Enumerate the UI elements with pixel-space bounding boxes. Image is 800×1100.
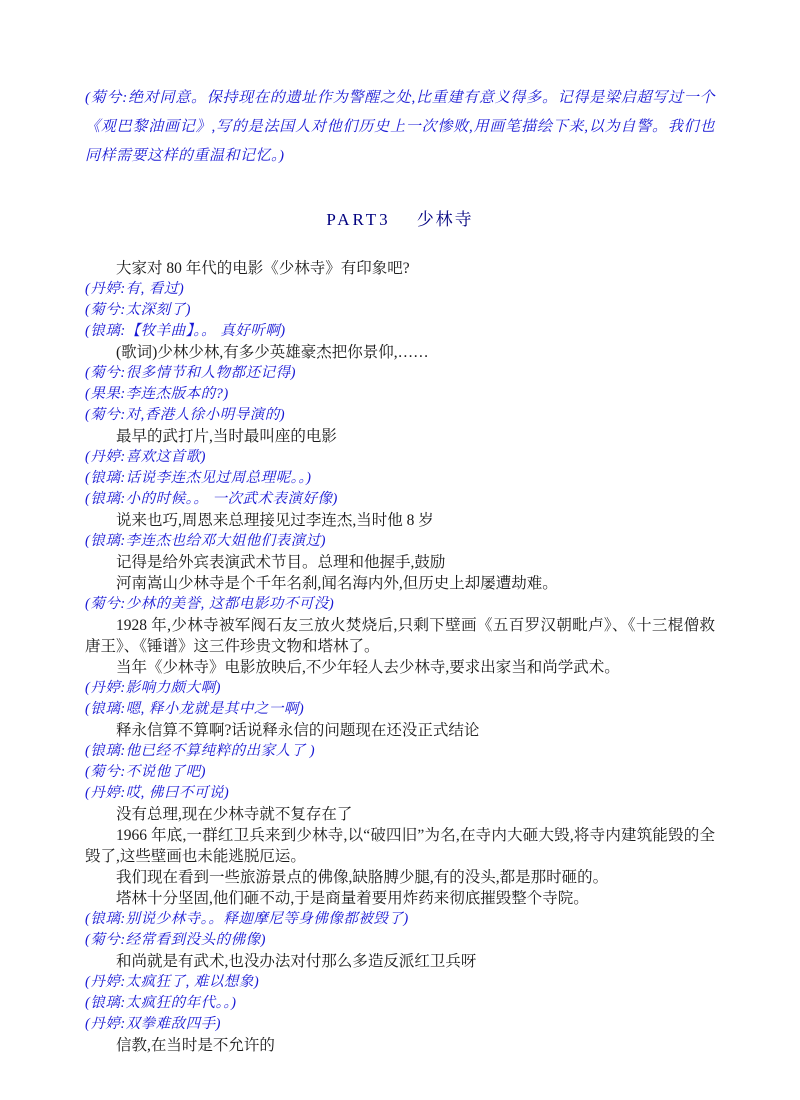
comment-line: (锒璃:李连杰也给邓大姐他们表演过) — [85, 531, 715, 552]
comment-line: (锒璃:话说李连杰见过周总理呢。。) — [85, 468, 715, 489]
narration-line: 1928 年,少林寺被军阀石友三放火焚烧后,只剩下壁画《五百罗汉朝毗卢》、《十三… — [85, 615, 715, 657]
comment-line: (锒璃:【牧羊曲】。。 真好听啊) — [85, 321, 715, 342]
comment-line: (丹婷:影响力颇大啊) — [85, 678, 715, 699]
comment-line: (丹婷:哎, 佛曰不可说) — [85, 783, 715, 804]
narration-line: 大家对 80 年代的电影《少林寺》有印象吧? — [85, 258, 715, 279]
section-title: 少林寺 — [417, 210, 474, 229]
comment-line: (菊兮:对,香港人徐小明导演的) — [85, 405, 715, 426]
comment-line: (丹婷:有, 看过) — [85, 279, 715, 300]
comment-line: (菊兮:太深刻了) — [85, 300, 715, 321]
document-page: (菊兮:绝对同意。保持现在的遗址作为警醒之处,比重建有意义得多。记得是梁启超写过… — [0, 0, 800, 1100]
narration-line: 我们现在看到一些旅游景点的佛像,缺胳膊少腿,有的没头,都是那时砸的。 — [85, 867, 715, 888]
narration-line: 河南嵩山少林寺是个千年名刹,闻名海内外,但历史上却屡遭劫难。 — [85, 573, 715, 594]
narration-line: 塔林十分坚固,他们砸不动,于是商量着要用炸药来彻底摧毁整个寺院。 — [85, 888, 715, 909]
comment-line: (菊兮:少林的美誉, 这都电影功不可没) — [85, 594, 715, 615]
comment-line: (锒璃:太疯狂的年代。。) — [85, 993, 715, 1014]
narration-line: 说来也巧,周恩来总理接见过李连杰,当时他 8 岁 — [85, 510, 715, 531]
narration-line: 释永信算不算啊?话说释永信的问题现在还没正式结论 — [85, 720, 715, 741]
narration-line: 和尚就是有武术,也没办法对付那么多造反派红卫兵呀 — [85, 951, 715, 972]
narration-line: 没有总理,现在少林寺就不复存在了 — [85, 804, 715, 825]
comment-line: (锒璃:小的时候。。 一次武术表演好像) — [85, 489, 715, 510]
narration-line: (歌词)少林少林,有多少英雄豪杰把你景仰,…… — [85, 342, 715, 363]
comment-line: (锒璃:嗯, 释小龙就是其中之一啊) — [85, 699, 715, 720]
narration-line: 当年《少林寺》电影放映后,不少年轻人去少林寺,要求出家当和尚学武术。 — [85, 657, 715, 678]
comment-line: (丹婷:喜欢这首歌) — [85, 447, 715, 468]
comment-line: (果果:李连杰版本的?) — [85, 384, 715, 405]
narration-line: 信教,在当时是不允许的 — [85, 1035, 715, 1056]
narration-line: 最早的武打片,当时最叫座的电影 — [85, 426, 715, 447]
comment-line: (丹婷:太疯狂了, 难以想象) — [85, 972, 715, 993]
transcript: 大家对 80 年代的电影《少林寺》有印象吧?(丹婷:有, 看过)(菊兮:太深刻了… — [85, 258, 715, 1056]
intro-comment: (菊兮:绝对同意。保持现在的遗址作为警醒之处,比重建有意义得多。记得是梁启超写过… — [85, 84, 715, 171]
comment-line: (锒璃:别说少林寺。。释迦摩尼等身佛像都被毁了) — [85, 909, 715, 930]
section-heading: PART3少林寺 — [85, 209, 715, 230]
narration-line: 1966 年底,一群红卫兵来到少林寺,以“破四旧”为名,在寺内大砸大毁,将寺内建… — [85, 825, 715, 867]
narration-line: 记得是给外宾表演武术节目。总理和他握手,鼓励 — [85, 552, 715, 573]
comment-line: (菊兮:不说他了吧) — [85, 762, 715, 783]
comment-line: (锒璃:他已经不算纯粹的出家人了 ) — [85, 741, 715, 762]
comment-line: (菊兮:经常看到没头的佛像) — [85, 930, 715, 951]
comment-line: (丹婷:双拳难敌四手) — [85, 1014, 715, 1035]
part-label: PART3 — [326, 210, 390, 229]
comment-line: (菊兮:很多情节和人物都还记得) — [85, 363, 715, 384]
